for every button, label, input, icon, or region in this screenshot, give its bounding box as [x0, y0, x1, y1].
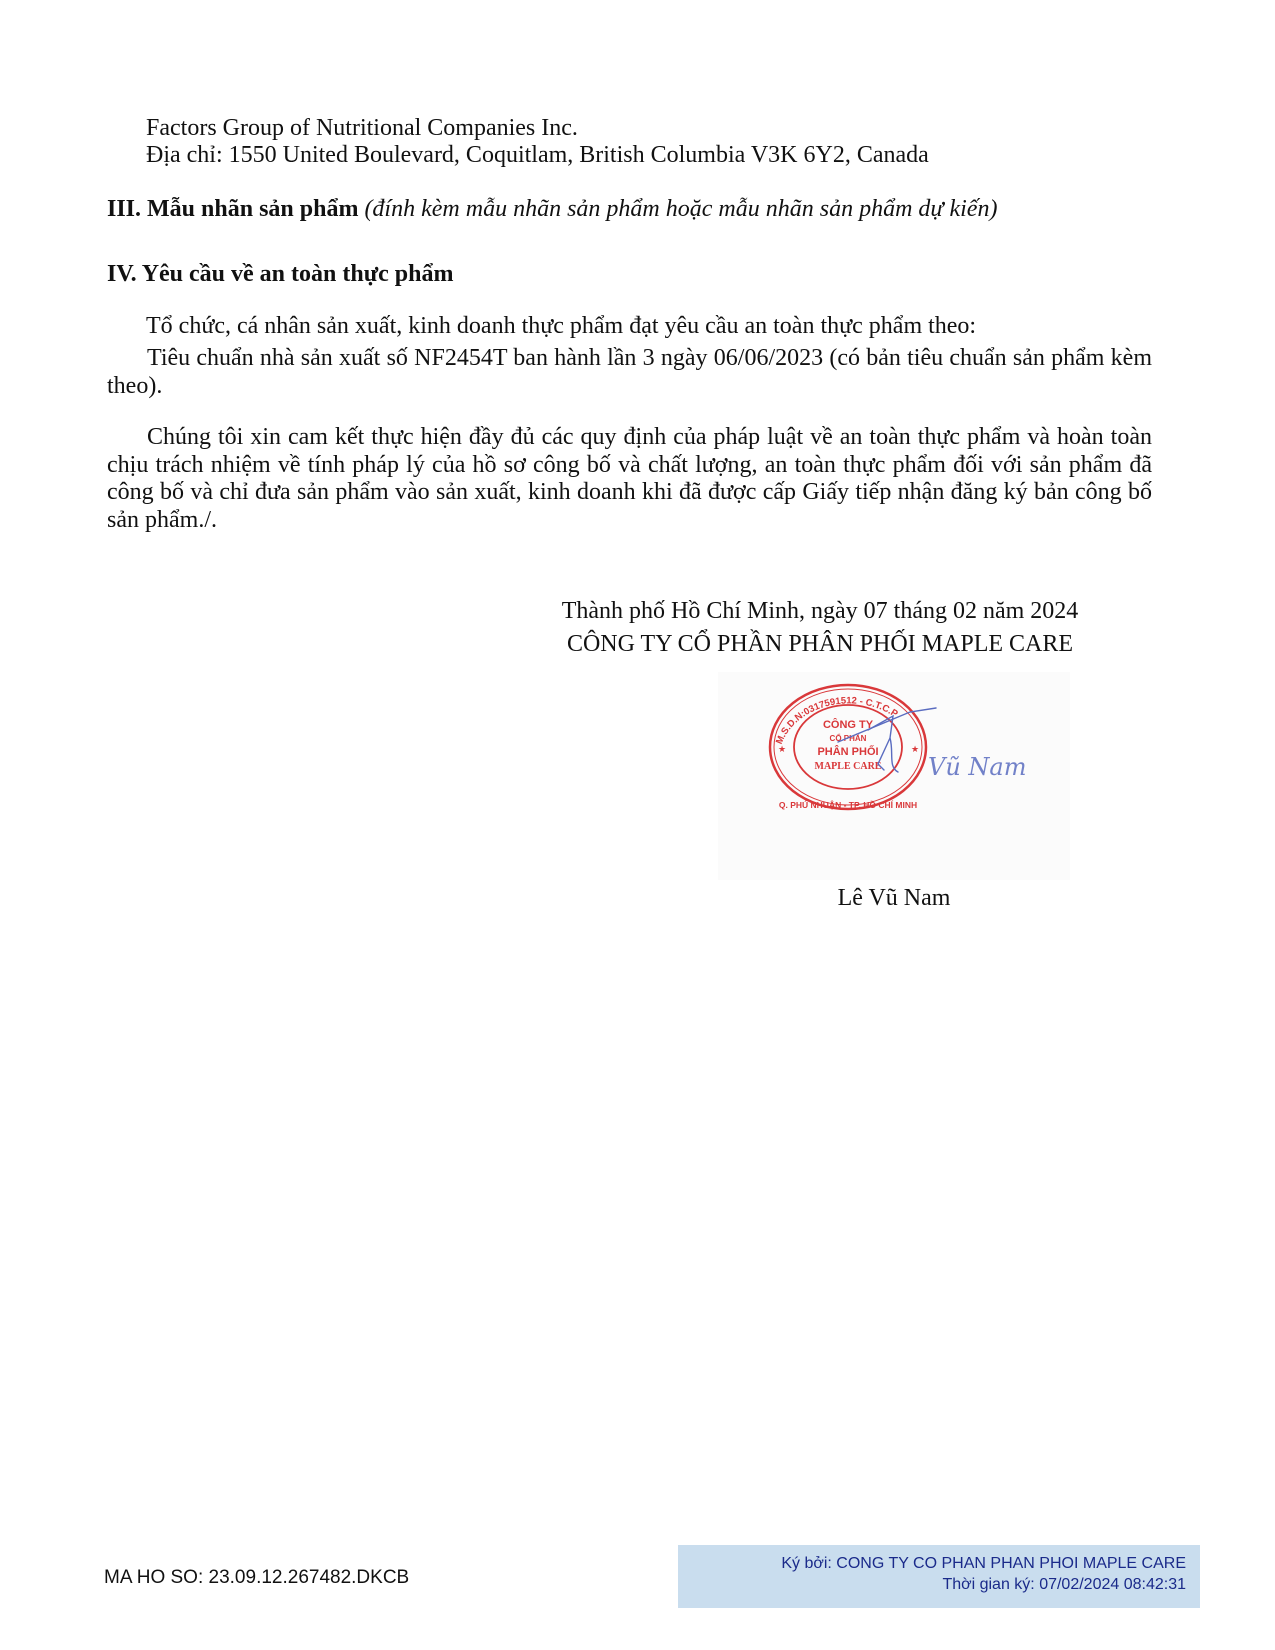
- manufacturer-name: Factors Group of Nutritional Companies I…: [146, 114, 578, 142]
- section-4-standard: Tiêu chuẩn nhà sản xuất số NF2454T ban h…: [107, 345, 1152, 400]
- stamp-icon: M.S.D.N:0317591512 - C.T.C.P Q. PHÚ NHUẬ…: [718, 672, 1070, 880]
- svg-text:PHÂN PHỐI: PHÂN PHỐI: [817, 744, 878, 758]
- svg-text:★: ★: [911, 744, 919, 754]
- signature-company: CÔNG TY CỔ PHẦN PHÂN PHỐI MAPLE CARE: [520, 624, 1120, 664]
- section-3-note: (đính kèm mẫu nhãn sản phẩm hoặc mẫu nhã…: [364, 196, 997, 222]
- svg-text:Q. PHÚ NHUẬN - TP. HỒ CHÍ MINH: Q. PHÚ NHUẬN - TP. HỒ CHÍ MINH: [779, 799, 917, 810]
- svg-text:★: ★: [778, 744, 786, 754]
- company-stamp-image: M.S.D.N:0317591512 - C.T.C.P Q. PHÚ NHUẬ…: [718, 672, 1070, 880]
- manufacturer-address: Địa chỉ: 1550 United Boulevard, Coquitla…: [146, 141, 929, 169]
- commitment-paragraph: Chúng tôi xin cam kết thực hiện đầy đủ c…: [107, 424, 1152, 534]
- section-3-heading: III. Mẫu nhãn sản phẩm: [107, 196, 358, 222]
- section-4-intro: Tổ chức, cá nhân sản xuất, kinh doanh th…: [146, 312, 976, 340]
- esign-signed-time: Thời gian ký: 07/02/2024 08:42:31: [678, 1574, 1186, 1595]
- document-page: Factors Group of Nutritional Companies I…: [0, 0, 1275, 1650]
- section-4-heading: IV. Yêu cầu về an toàn thực phẩm: [107, 260, 453, 288]
- svg-text:CÔNG TY: CÔNG TY: [823, 718, 874, 731]
- esign-signed-by: Ký bởi: CONG TY CO PHAN PHAN PHOI MAPLE …: [678, 1553, 1186, 1574]
- signer-name: Lê Vũ Nam: [718, 884, 1070, 912]
- digital-signature-box: Ký bởi: CONG TY CO PHAN PHAN PHOI MAPLE …: [678, 1545, 1200, 1608]
- file-code: MA HO SO: 23.09.12.267482.DKCB: [104, 1567, 409, 1589]
- section-3-title: III. Mẫu nhãn sản phẩm (đính kèm mẫu nhã…: [107, 195, 997, 223]
- svg-text:MAPLE CARE: MAPLE CARE: [815, 761, 882, 772]
- handwritten-signature: Vũ Nam: [928, 753, 1026, 781]
